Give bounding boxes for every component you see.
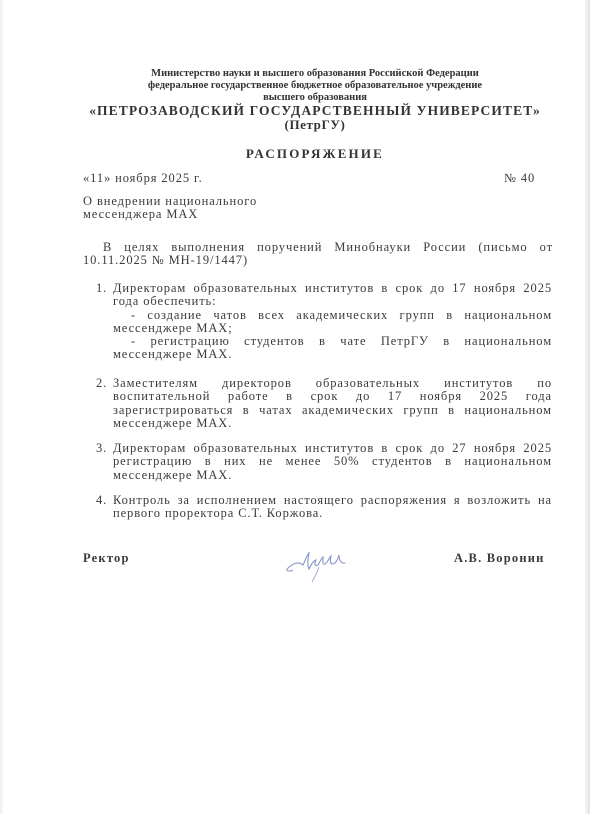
item-line: Директорам образовательных институтов в … bbox=[113, 282, 552, 295]
item-line: мессенджере MAX. bbox=[113, 417, 552, 430]
document-date: «11» ноября 2025 г. bbox=[83, 172, 203, 185]
item-marker: 2. bbox=[96, 377, 107, 390]
subitem-line: - регистрацию студентов в чате ПетрГУ в … bbox=[113, 335, 552, 348]
item-line: Заместителям директоров образовательных … bbox=[113, 377, 552, 390]
preamble-line: 10.11.2025 № МН-19/1447) bbox=[83, 254, 553, 267]
order-item-3: 3. Директорам образовательных институтов… bbox=[96, 442, 552, 482]
order-item-4: 4. Контроль за исполнением настоящего ра… bbox=[96, 494, 552, 521]
order-item-2: 2. Заместителям директоров образовательн… bbox=[96, 377, 552, 430]
item-line: мессенджере MAX. bbox=[113, 469, 552, 482]
document-title: РАСПОРЯЖЕНИЕ bbox=[20, 146, 590, 161]
item-marker: 1. bbox=[96, 282, 107, 295]
university-name: «ПЕТРОЗАВОДСКИЙ ГОСУДАРСТВЕННЫЙ УНИВЕРСИ… bbox=[20, 103, 590, 118]
preamble: В целях выполнения поручений Минобнауки … bbox=[83, 241, 553, 267]
item-line: регистрацию в них не менее 50% студентов… bbox=[113, 455, 552, 468]
signatory-role: Ректор bbox=[83, 551, 130, 566]
ministry-line: Министерство науки и высшего образования… bbox=[20, 68, 590, 80]
page-edge-left bbox=[0, 0, 4, 814]
subject-line: мессенджера MAX bbox=[83, 208, 343, 221]
order-item-1: 1. Директорам образовательных институтов… bbox=[96, 282, 552, 362]
item-line: Директорам образовательных институтов в … bbox=[113, 442, 552, 455]
subitem-line: мессенджере MAX; bbox=[113, 322, 552, 335]
institution-type-line: федеральное государственное бюджетное об… bbox=[20, 80, 590, 92]
subitem-line: - создание чатов всех академических груп… bbox=[113, 309, 552, 322]
item-line: воспитательной работе в срок до 17 ноябр… bbox=[113, 390, 552, 403]
document-subject: О внедрении национального мессенджера MA… bbox=[83, 195, 343, 221]
item-line: первого проректора С.Т. Коржова. bbox=[113, 507, 552, 520]
item-line: зарегистрироваться в чатах академических… bbox=[113, 404, 552, 417]
handwritten-signature-icon bbox=[283, 543, 353, 585]
document-number: № 40 bbox=[504, 172, 535, 185]
item-line: Контроль за исполнением настоящего распо… bbox=[113, 494, 552, 507]
item-marker: 3. bbox=[96, 442, 107, 455]
university-abbr: (ПетрГУ) bbox=[20, 117, 590, 132]
item-line: года обеспечить: bbox=[113, 295, 552, 308]
item-marker: 4. bbox=[96, 494, 107, 507]
signatory-name: А.В. Воронин bbox=[454, 551, 545, 566]
subitem-line: мессенджере MAX. bbox=[113, 348, 552, 361]
